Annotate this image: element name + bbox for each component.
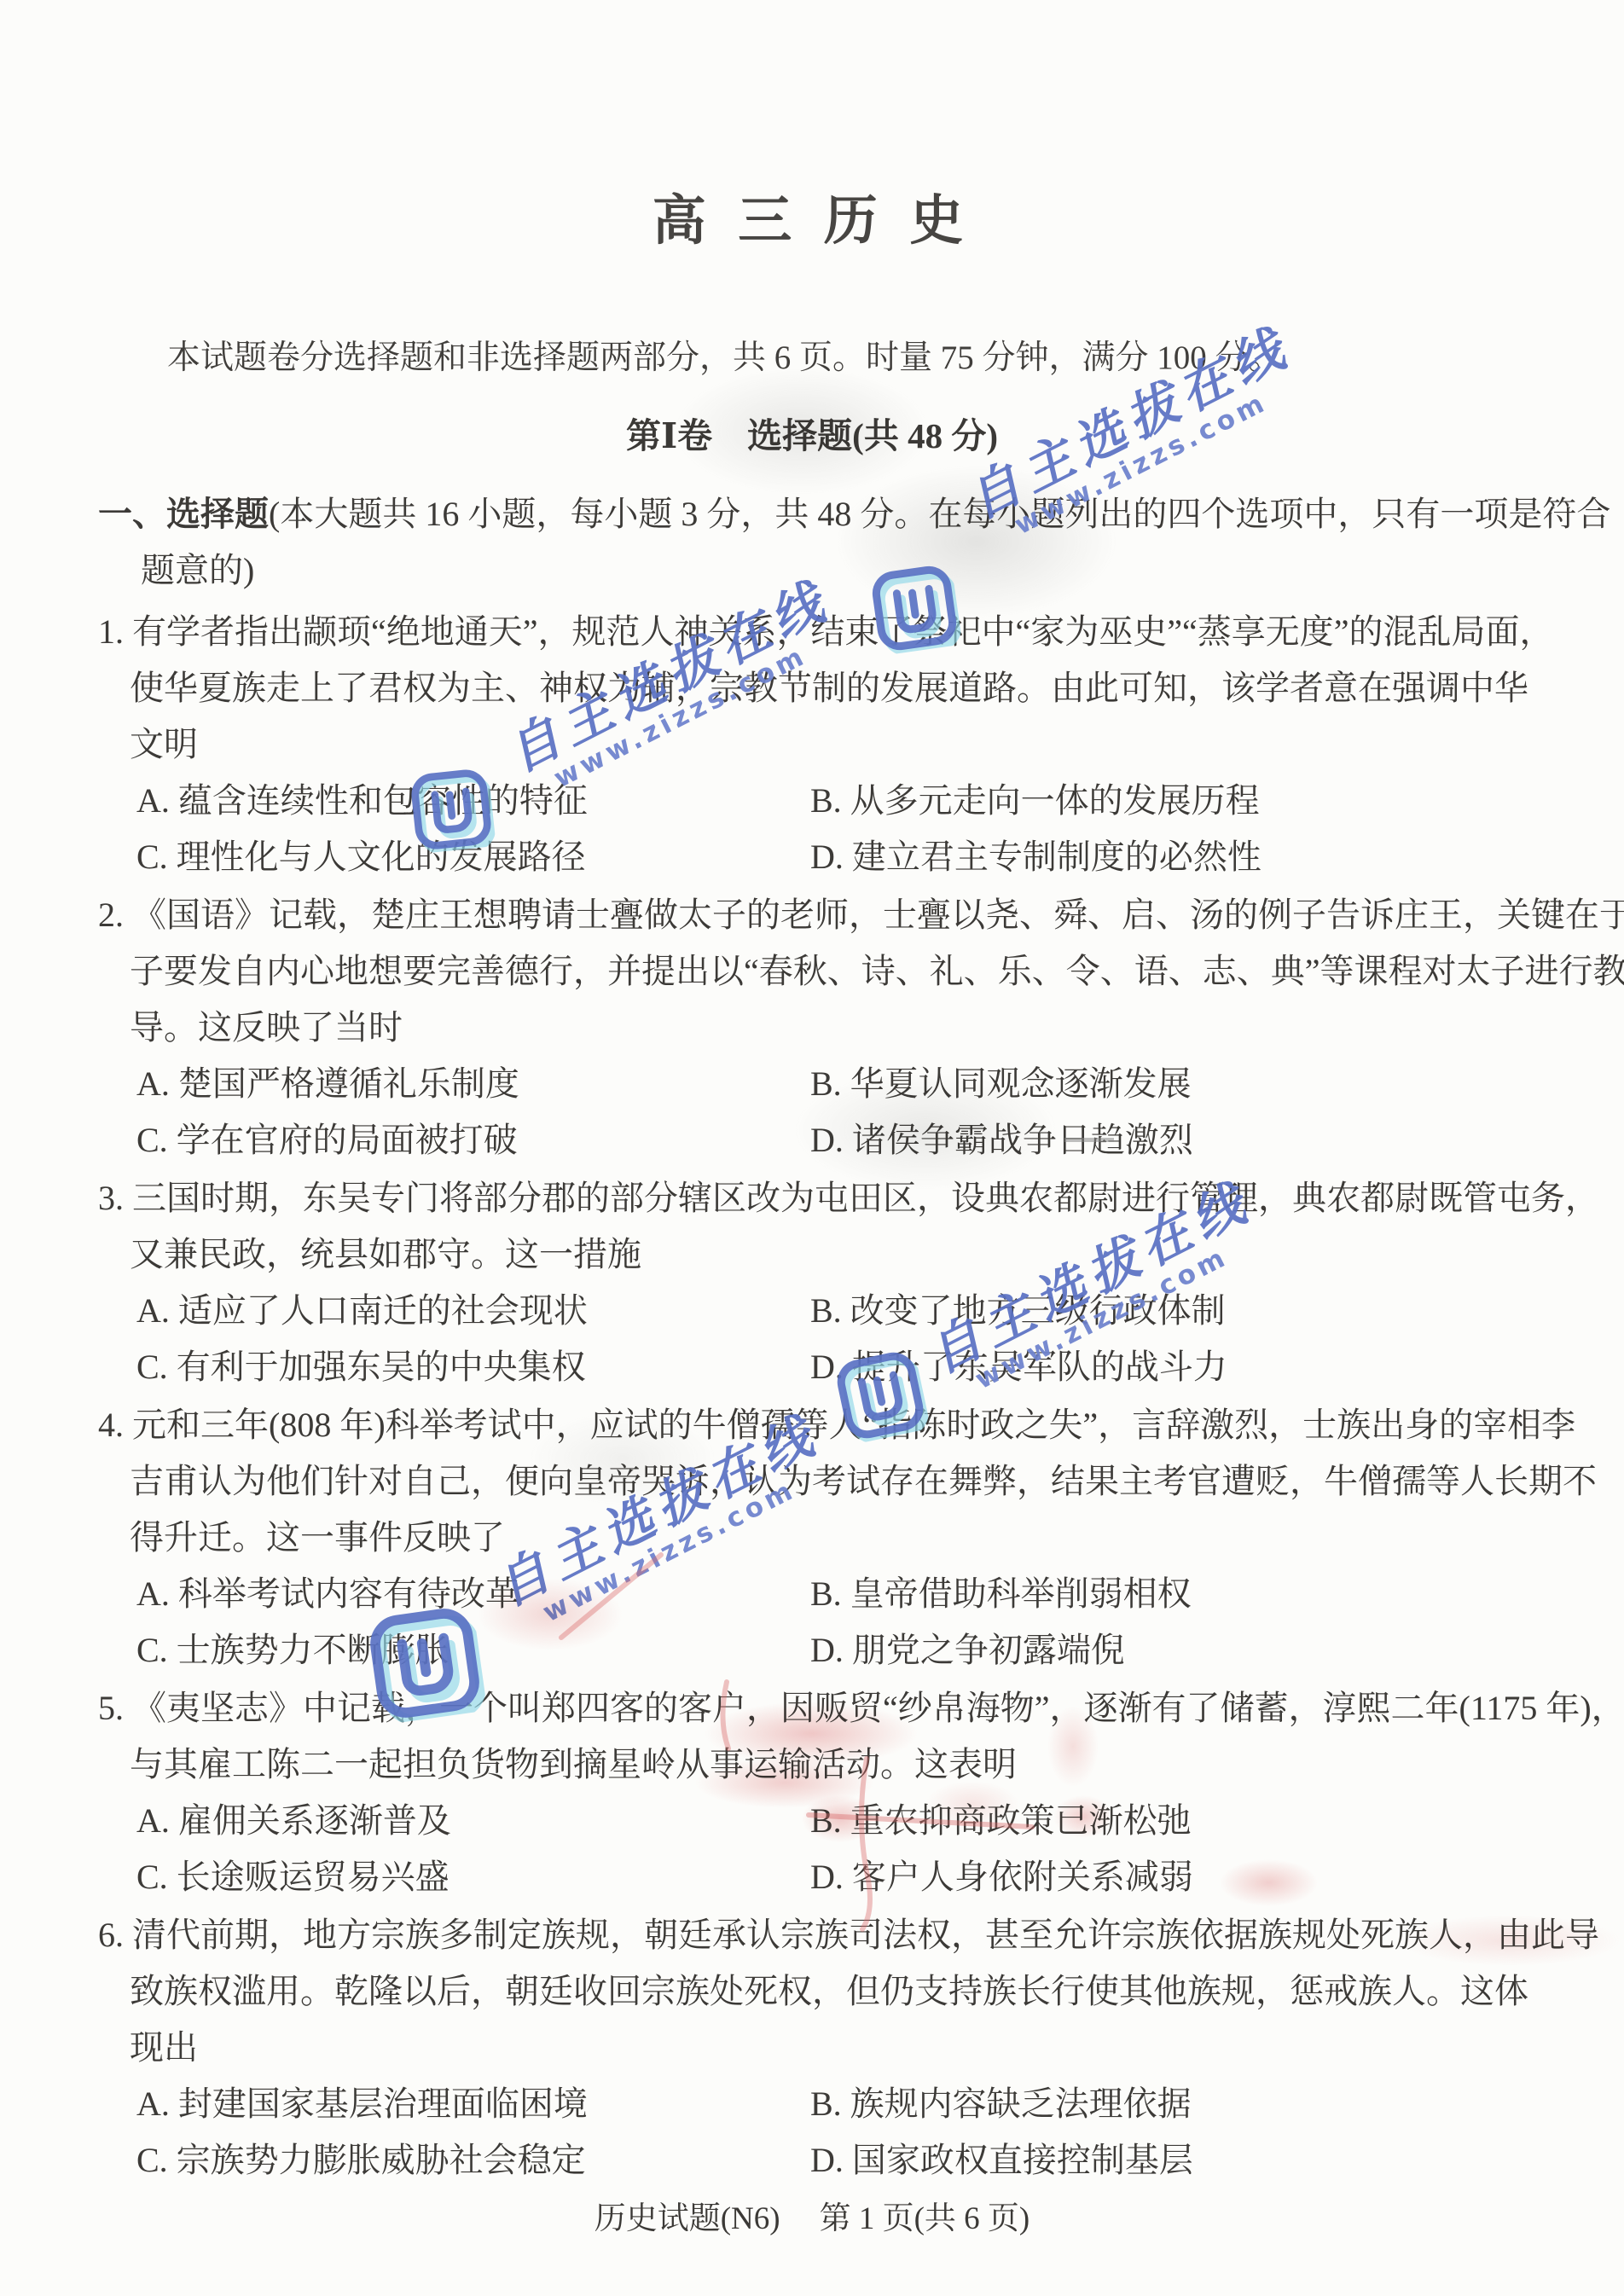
option-b: B. 华夏认同观念逐渐发展 [810,1056,1192,1112]
option-row: A. 蕴含连续性和包容性的特征B. 从多元走向一体的发展历程 [98,773,1624,829]
question-number-and-stem: 1. 有学者指出颛顼“绝地通天”，规范人神关系，结束了祭祀中“家为巫史”“蒸享无… [98,604,1624,660]
option-a: A. 适应了人口南迁的社会现状 [136,1283,810,1339]
option-d: D. 朋党之争初露端倪 [810,1622,1125,1679]
section-label: 一、选择题 [98,495,269,533]
question-number-and-stem: 4. 元和三年(808 年)科举考试中，应试的牛僧孺等人“指陈时政之失”，言辞激… [98,1397,1624,1453]
question-number: 5. [98,1689,132,1727]
option-d: D. 诸侯争霸战争日趋激烈 [810,1112,1193,1168]
option-a: A. 雇佣关系逐渐普及 [136,1793,810,1849]
option-row: A. 雇佣关系逐渐普及B. 重农抑商政策已渐松弛 [98,1793,1624,1849]
option-a: A. 封建国家基层治理面临困境 [136,2076,810,2132]
stem-line: 致族权滥用。乾隆以后，朝廷收回宗族处死权，但仍支持族长行使其他族规，惩戒族人。这… [98,1963,1624,2020]
stem-line: 现出 [98,2020,1624,2076]
stem-line: 与其雇工陈二一起担负货物到摘星岭从事运输活动。这表明 [98,1736,1624,1793]
option-d: D. 国家政权直接控制基层 [810,2132,1193,2189]
question-number-and-stem: 6. 清代前期，地方宗族多制定族规，朝廷承认宗族司法权，甚至允许宗族依据族规处死… [98,1907,1624,1963]
option-row: A. 封建国家基层治理面临困境B. 族规内容缺乏法理依据 [98,2076,1624,2132]
option-c: C. 理性化与人文化的发展路径 [136,829,810,885]
section-heading-line: 一、选择题(本大题共 16 小题，每小题 3 分，共 48 分。在每小题列出的四… [98,486,1610,542]
question-block-6: 6. 清代前期，地方宗族多制定族规，朝廷承认宗族司法权，甚至允许宗族依据族规处死… [98,1907,1624,2189]
exam-page: 高 三 历 史 本试题卷分选择题和非选择题两部分，共 6 页。时量 75 分钟，… [0,0,1624,2296]
question-block-4: 4. 元和三年(808 年)科举考试中，应试的牛僧孺等人“指陈时政之失”，言辞激… [98,1397,1624,1679]
question-number-and-stem: 5. 《夷坚志》中记载，一个叫郑四客的客户，因贩贸“纱帛海物”，逐渐有了储蓄，淳… [98,1680,1624,1736]
stem-line: 吉甫认为他们针对自己，便向皇帝哭诉，认为考试存在舞弊，结果主考官遭贬，牛僧孺等人… [98,1453,1624,1510]
option-c: C. 学在官府的局面被打破 [136,1112,810,1168]
option-row: C. 学在官府的局面被打破D. 诸侯争霸战争日趋激烈 [98,1112,1624,1168]
footer-doc-label: 历史试题(N6) [594,2201,780,2236]
question-block-2: 2. 《国语》记载，楚庄王想聘请士亹做太子的老师，士亹以尧、舜、启、汤的例子告诉… [98,887,1624,1168]
page-footer: 历史试题(N6)第 1 页(共 6 页) [0,2194,1624,2245]
option-c: C. 宗族势力膨胀威胁社会稳定 [136,2132,810,2189]
option-c: C. 士族势力不断膨胀 [136,1622,810,1679]
stem-line: 又兼民政，统县如郡守。这一措施 [98,1226,1624,1283]
section-heading: 一、选择题(本大题共 16 小题，每小题 3 分，共 48 分。在每小题列出的四… [98,486,1610,599]
part-heading: 第Ⅰ卷 选择题(共 48 分) [0,408,1624,458]
stem-line: 文明 [98,716,1624,773]
option-c: C. 长途贩运贸易兴盛 [136,1849,810,1905]
option-row: C. 宗族势力膨胀威胁社会稳定D. 国家政权直接控制基层 [98,2132,1624,2189]
option-a: A. 科举考试内容有待改革 [136,1566,810,1622]
page-title: 高 三 历 史 [0,177,1624,255]
question-number: 2. [98,896,132,934]
option-row: A. 适应了人口南迁的社会现状B. 改变了地方三级行政体制 [98,1283,1624,1339]
question-number-and-stem: 2. 《国语》记载，楚庄王想聘请士亹做太子的老师，士亹以尧、舜、启、汤的例子告诉… [98,887,1624,943]
section-desc-wrap: 题意的) [98,542,1610,599]
option-d: D. 提升了东吴军队的战斗力 [810,1339,1227,1395]
question-block-1: 1. 有学者指出颛顼“绝地通天”，规范人神关系，结束了祭祀中“家为巫史”“蒸享无… [98,604,1624,885]
question-number: 6. [98,1916,132,1954]
question-number-and-stem: 3. 三国时期，东吴专门将部分郡的部分辖区改为屯田区，设典农都尉进行管理，典农都… [98,1170,1624,1226]
scan-dash-artifact [1064,1138,1114,1142]
question-block-3: 3. 三国时期，东吴专门将部分郡的部分辖区改为屯田区，设典农都尉进行管理，典农都… [98,1170,1624,1395]
option-b: B. 皇帝借助科举削弱相权 [810,1566,1192,1622]
option-row: A. 科举考试内容有待改革B. 皇帝借助科举削弱相权 [98,1566,1624,1622]
section-desc: (本大题共 16 小题，每小题 3 分，共 48 分。在每小题列出的四个选项中，… [269,495,1610,533]
option-row: C. 士族势力不断膨胀D. 朋党之争初露端倪 [98,1622,1624,1679]
option-b: B. 族规内容缺乏法理依据 [810,2076,1192,2132]
question-number: 3. [98,1179,132,1217]
option-d: D. 客户人身依附关系减弱 [810,1849,1193,1905]
stem-line: 导。这反映了当时 [98,1000,1624,1056]
footer-page-number: 第 1 页(共 6 页) [820,2201,1030,2236]
question-number: 4. [98,1406,132,1444]
option-a: A. 蕴含连续性和包容性的特征 [136,773,810,829]
option-row: C. 有利于加强东吴的中央集权D. 提升了东吴军队的战斗力 [98,1339,1624,1395]
stem-line: 得升迁。这一事件反映了 [98,1510,1624,1566]
exam-intro: 本试题卷分选择题和非选择题两部分，共 6 页。时量 75 分钟，满分 100 分… [167,331,1282,379]
option-a: A. 楚国严格遵循礼乐制度 [136,1056,810,1112]
question-block-5: 5. 《夷坚志》中记载，一个叫郑四客的客户，因贩贸“纱帛海物”，逐渐有了储蓄，淳… [98,1680,1624,1905]
option-b: B. 改变了地方三级行政体制 [810,1283,1226,1339]
option-row: C. 理性化与人文化的发展路径D. 建立君主专制制度的必然性 [98,829,1624,885]
option-b: B. 从多元走向一体的发展历程 [810,773,1260,829]
option-b: B. 重农抑商政策已渐松弛 [810,1793,1192,1849]
option-c: C. 有利于加强东吴的中央集权 [136,1339,810,1395]
stem-line: 子要发自内心地想要完善德行，并提出以“春秋、诗、礼、乐、令、语、志、典”等课程对… [98,943,1624,1000]
stem-line: 使华夏族走上了君权为主、神权为辅，宗教节制的发展道路。由此可知，该学者意在强调中… [98,660,1624,716]
option-row: C. 长途贩运贸易兴盛D. 客户人身依附关系减弱 [98,1849,1624,1905]
question-list: 1. 有学者指出颛顼“绝地通天”，规范人神关系，结束了祭祀中“家为巫史”“蒸享无… [98,604,1624,2189]
option-d: D. 建立君主专制制度的必然性 [810,829,1261,885]
question-number: 1. [98,612,132,651]
option-row: A. 楚国严格遵循礼乐制度B. 华夏认同观念逐渐发展 [98,1056,1624,1112]
